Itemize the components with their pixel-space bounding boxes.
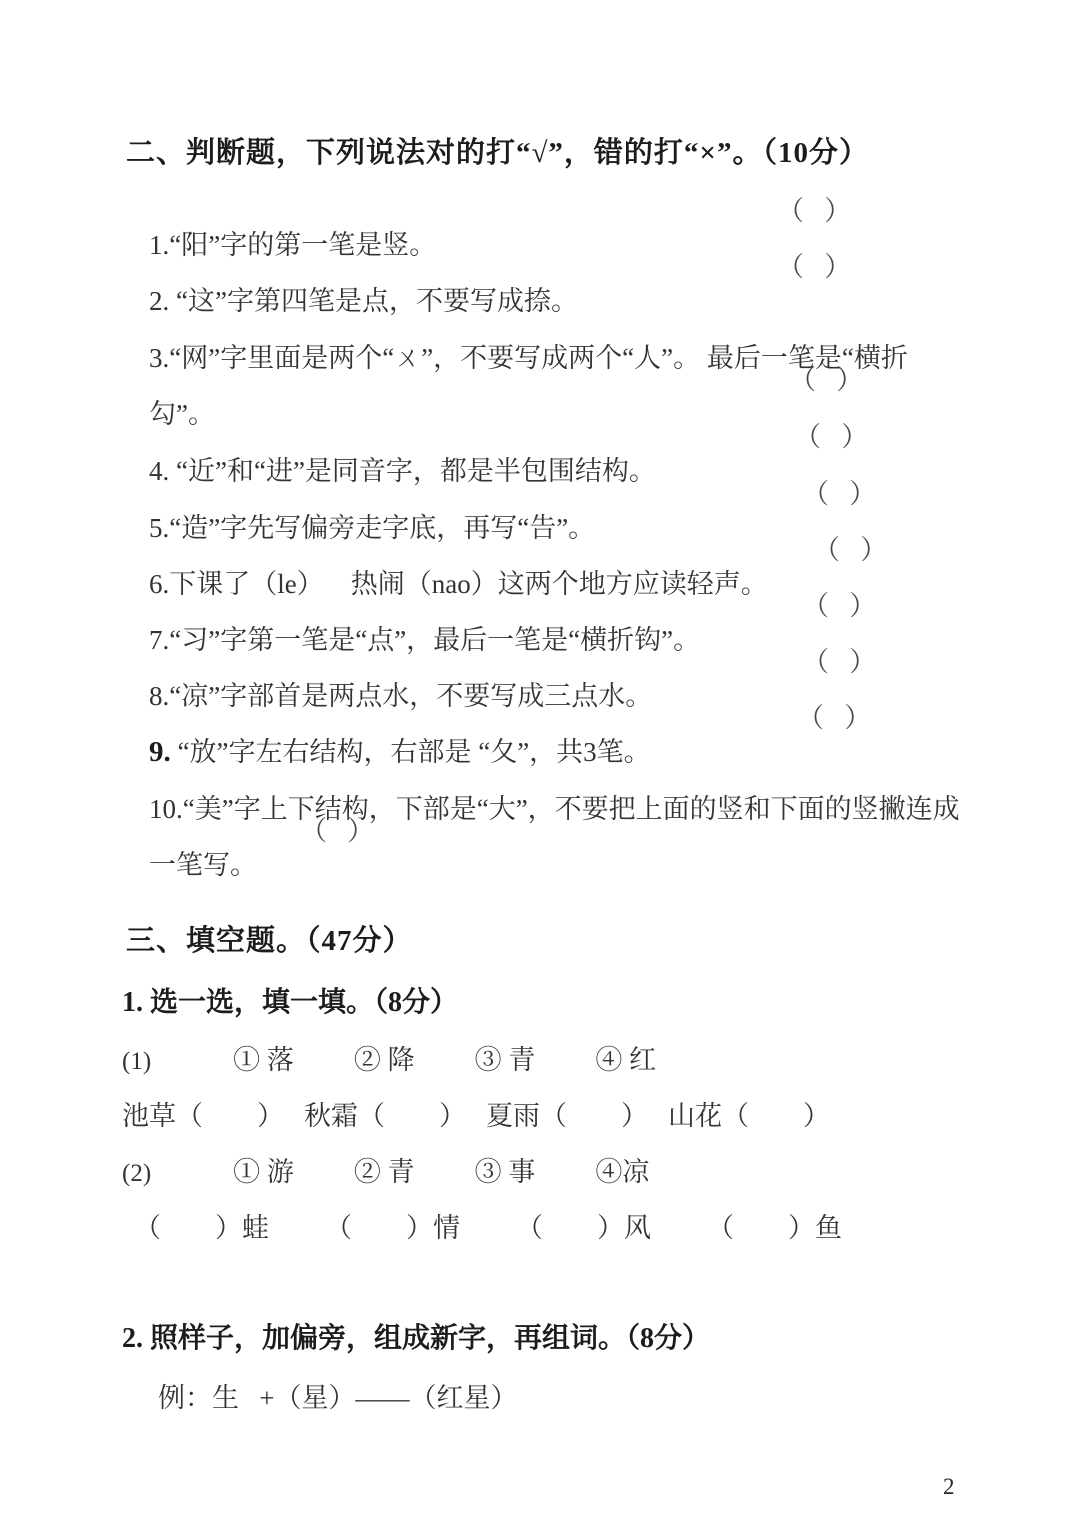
blank-item: 秋霜（ ）: [304, 1099, 466, 1133]
fill-sub2-title: 2. 照样子，加偏旁，组成新字，再组词。（8分）: [122, 1322, 710, 1356]
blank-item: 夏雨（ ）: [486, 1099, 648, 1133]
blank-item: （ ）蛙: [134, 1211, 269, 1245]
page-number: 2: [943, 1474, 955, 1500]
answer-blank: （ ）: [802, 477, 876, 511]
section-fill-title: 三、填空题。（47分）: [126, 924, 413, 958]
answer-blank: （ ）: [789, 363, 863, 397]
option-item: ① 游: [233, 1155, 294, 1189]
question-text: 一笔写。: [149, 850, 257, 880]
blanks-row-2: （ ）蛙 （ ）情 （ ）风 （ ）鱼: [134, 1211, 842, 1245]
section-judge-title: 二、判断题，下列说法对的打“√”，错的打“×”。（10分）: [126, 136, 869, 170]
example-line: 例：生 +（星）——（红星）: [158, 1381, 517, 1415]
options-row-1: (1) ① 落 ② 降 ③ 青 ④ 红: [122, 1043, 656, 1079]
blanks-row-1: 池草（ ） 秋霜（ ） 夏雨（ ） 山花（ ）: [122, 1099, 830, 1133]
test-paper-page: 二、判断题，下列说法对的打“√”，错的打“×”。（10分） 1.“阳”字的第一笔…: [0, 0, 1080, 1527]
answer-blank: （ ）: [802, 589, 876, 623]
blank-item: （ ）情: [325, 1211, 460, 1245]
answer-blank: （ ）: [802, 645, 876, 679]
answer-blank: （ ）: [300, 814, 374, 848]
option-item: ③ 事: [475, 1155, 536, 1189]
row-prefix: (1): [122, 1045, 151, 1079]
option-item: ② 青: [354, 1155, 415, 1189]
fill-sub1-title: 1. 选一选，填一填。（8分）: [122, 986, 458, 1020]
blank-item: （ ）鱼: [707, 1211, 842, 1245]
option-item: ④凉: [595, 1155, 649, 1189]
options-row-2: (2) ① 游 ② 青 ③ 事 ④凉: [122, 1155, 649, 1191]
answer-blank: （ ）: [777, 194, 851, 228]
option-item: ③ 青: [475, 1043, 536, 1077]
option-item: ② 降: [354, 1043, 415, 1077]
answer-blank: （ ）: [794, 420, 868, 454]
answer-blank: （ ）: [813, 533, 887, 567]
blank-item: 池草（ ）: [122, 1099, 284, 1133]
row-prefix: (2): [122, 1157, 151, 1191]
answer-blank: （ ）: [777, 250, 851, 284]
blank-item: 山花（ ）: [668, 1099, 830, 1133]
blank-item: （ ）风: [516, 1211, 651, 1245]
option-item: ① 落: [233, 1043, 294, 1077]
answer-blank: （ ）: [797, 701, 871, 735]
option-item: ④ 红: [595, 1043, 656, 1077]
